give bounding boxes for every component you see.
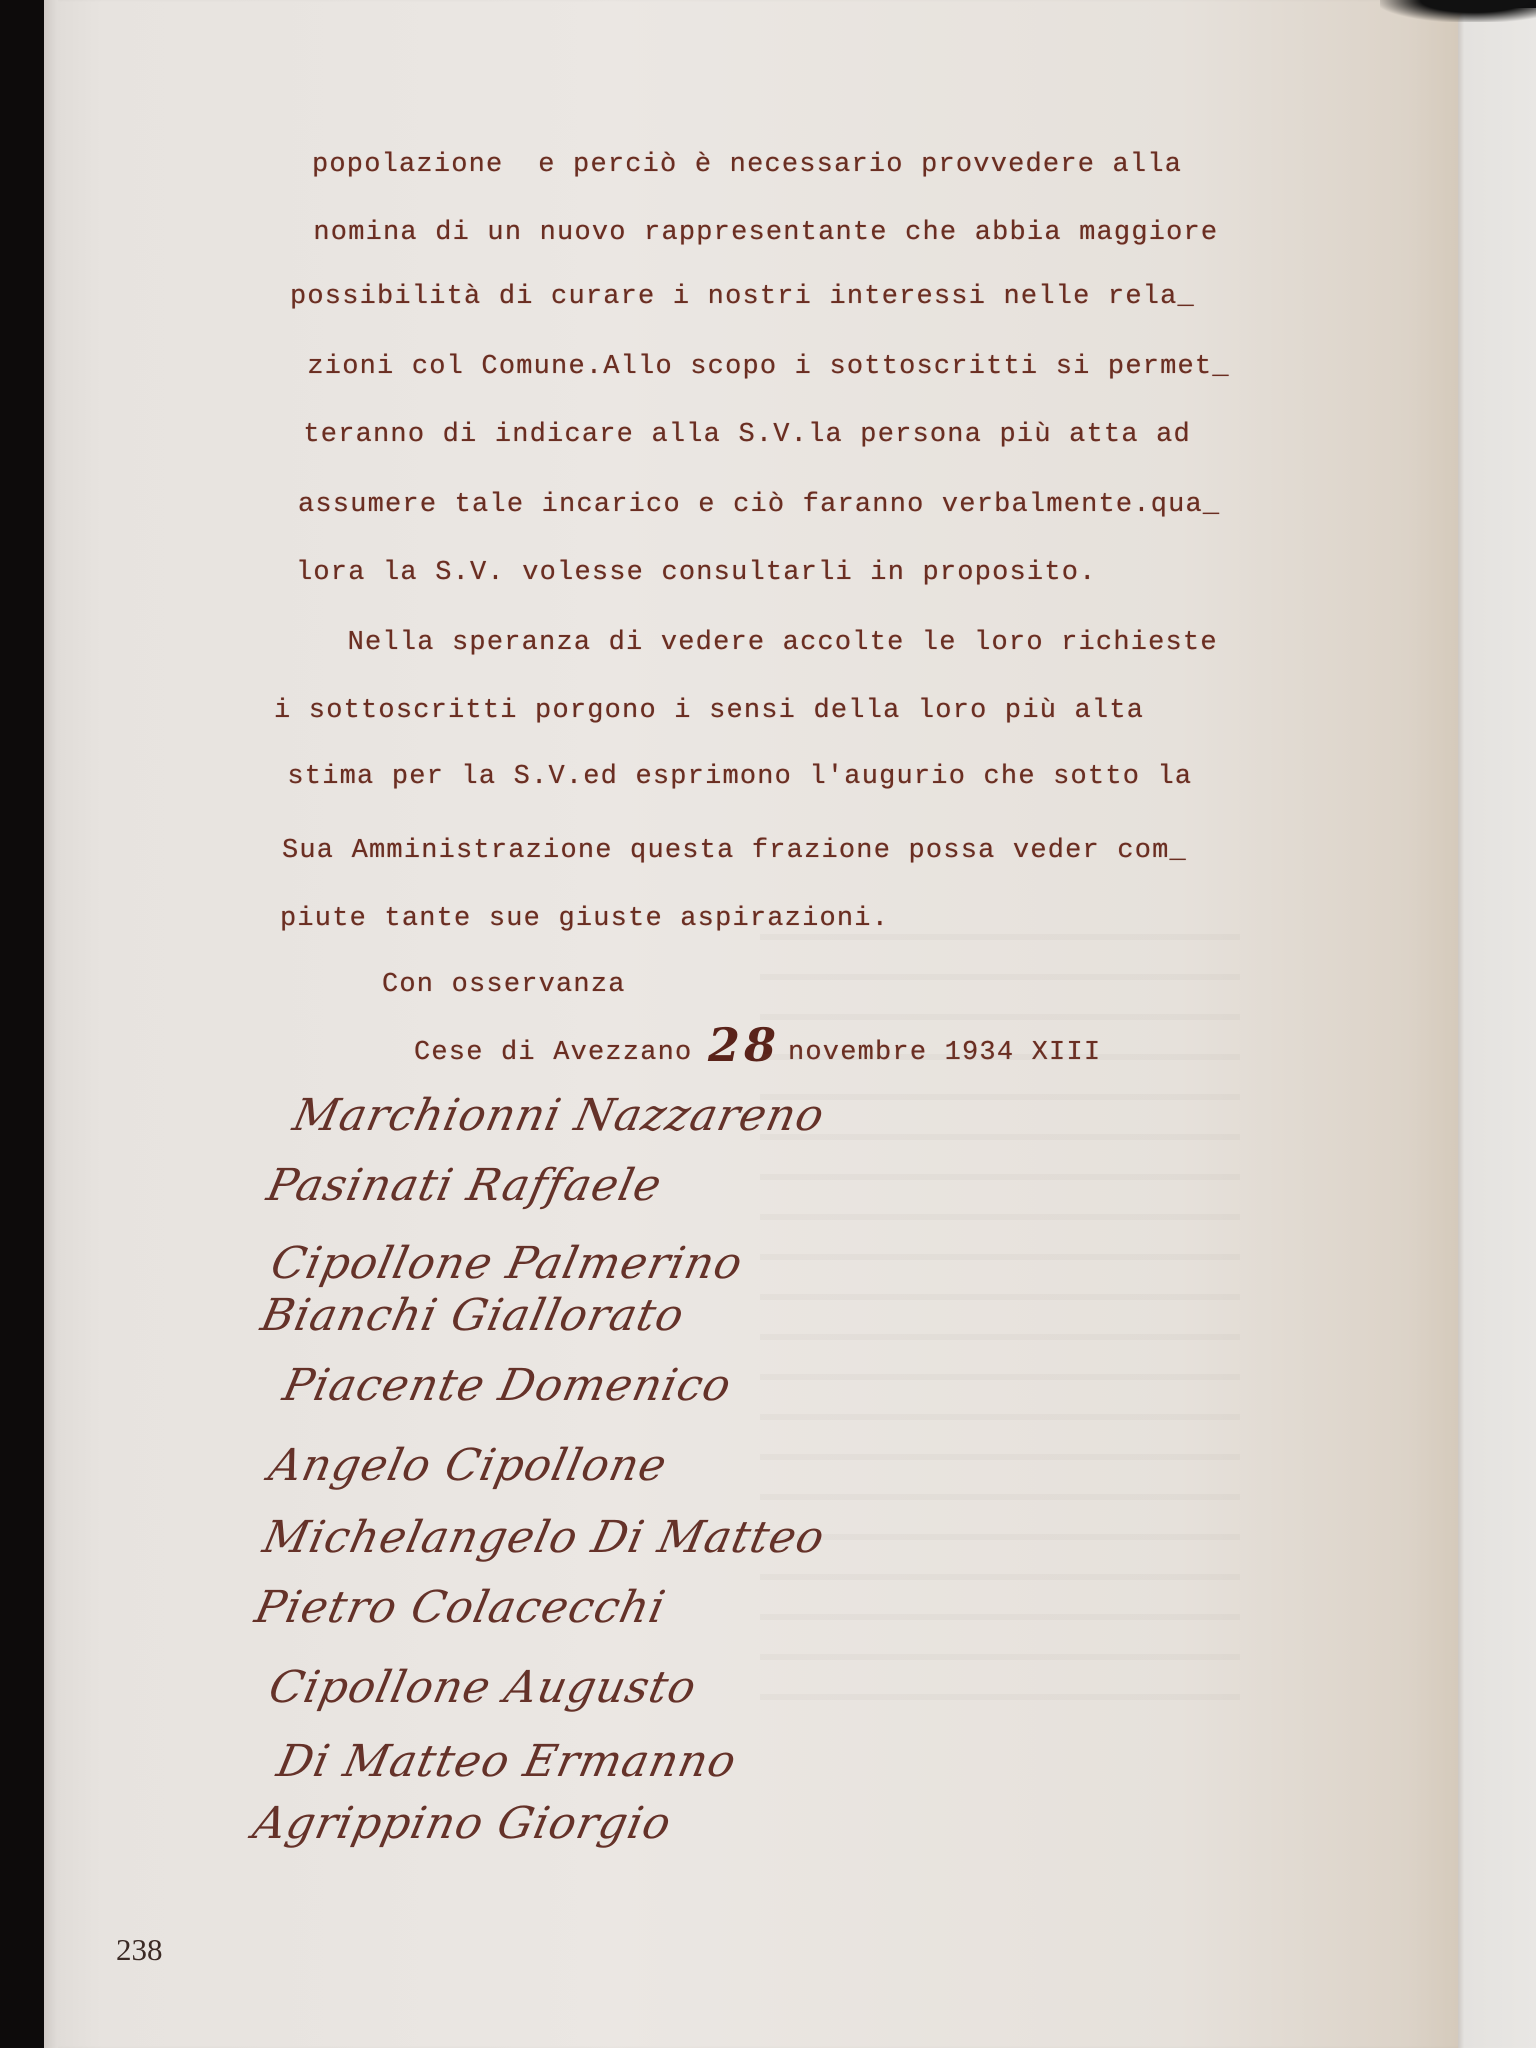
typed-line-9: i sottoscritti porgono i sensi della lor… bbox=[274, 696, 1144, 726]
typed-line-1: popolazione e perciò è necessario provve… bbox=[312, 150, 1182, 180]
page-number: 238 bbox=[116, 1932, 163, 1968]
signature-10: Di Matteo Ermanno bbox=[273, 1736, 742, 1787]
typed-line-10: stima per la S.V.ed esprimono l'augurio … bbox=[270, 762, 1192, 792]
next-page-edge bbox=[1458, 8, 1536, 2048]
closing-text: Con osservanza bbox=[382, 970, 626, 1000]
typed-line-6: assumere tale incarico e ciò faranno ver… bbox=[298, 490, 1220, 520]
signature-9: Cipollone Augusto bbox=[265, 1662, 702, 1713]
page-edge bbox=[44, 0, 58, 2048]
signature-8: Pietro Colacecchi bbox=[251, 1582, 671, 1633]
typed-line-5: teranno di indicare alla S.V.la persona … bbox=[286, 420, 1191, 450]
signature-7: Michelangelo Di Matteo bbox=[259, 1512, 830, 1563]
typed-line-3: possibilità di curare i nostri interessi… bbox=[290, 282, 1195, 312]
book-shadow bbox=[1380, 0, 1536, 22]
signature-1: Marchionni Nazzareno bbox=[289, 1090, 830, 1141]
typed-line-2: nomina di un nuovo rappresentante che ab… bbox=[296, 218, 1218, 248]
signature-5: Piacente Domenico bbox=[279, 1360, 737, 1411]
signature-4: Bianchi Giallorato bbox=[257, 1290, 689, 1341]
typed-line-7: lora la S.V. volesse consultarli in prop… bbox=[296, 558, 1097, 588]
signature-6: Angelo Cipollone bbox=[265, 1440, 672, 1491]
signature-11: Agrippino Giorgio bbox=[249, 1798, 677, 1849]
bleed-through-text bbox=[760, 900, 1240, 1720]
signature-3: Cipollone Palmerino bbox=[267, 1238, 748, 1289]
typed-line-8: Nella speranza di vedere accolte le loro… bbox=[278, 628, 1218, 658]
signature-2: Pasinati Raffaele bbox=[263, 1160, 667, 1211]
typed-line-11: Sua Amministrazione questa frazione poss… bbox=[282, 836, 1187, 866]
typed-line-4: zioni col Comune.Allo scopo i sottoscrit… bbox=[290, 352, 1230, 382]
place-text: Cese di Avezzano bbox=[414, 1038, 692, 1068]
